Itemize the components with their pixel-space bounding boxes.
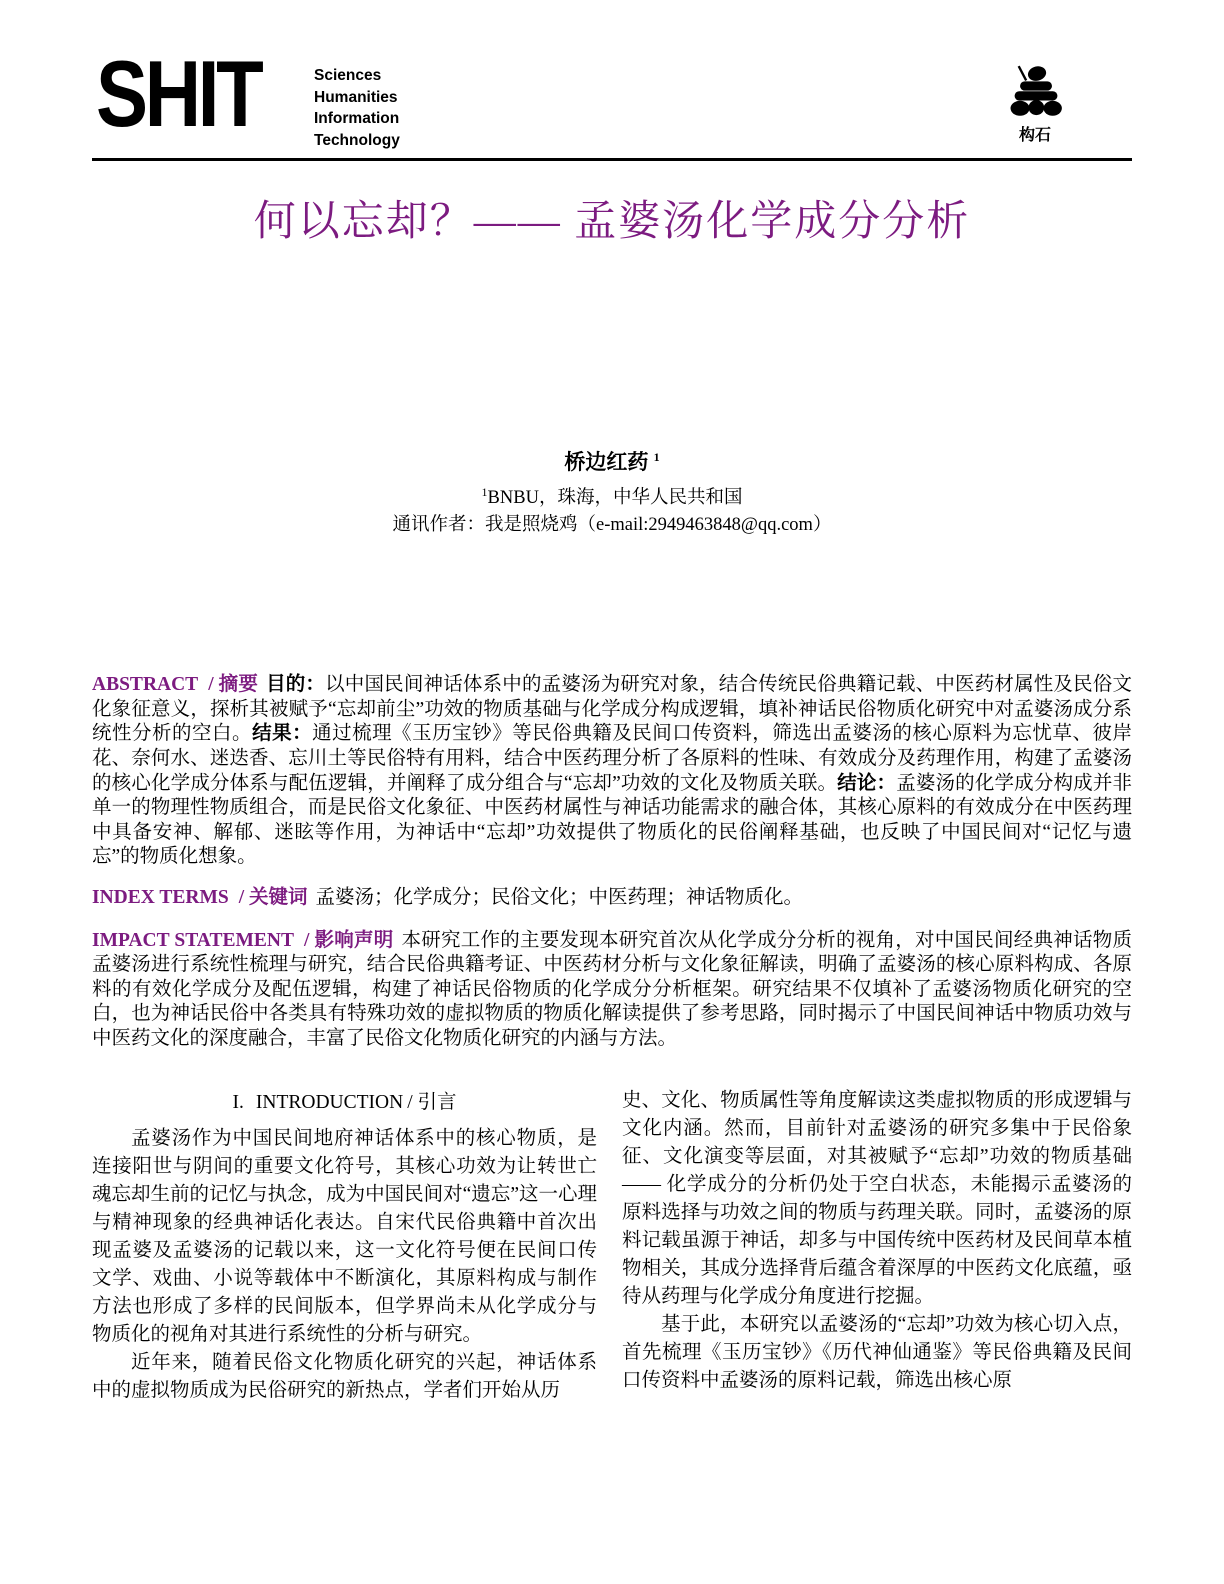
- abstract-purpose-head: 目的：: [266, 674, 325, 695]
- author-name-superscript: 1: [654, 450, 660, 464]
- journal-logo: SHIT: [96, 47, 260, 141]
- body-columns: I.INTRODUCTION/ 引言 孟婆汤作为中国民间地府神话体系中的核心物质…: [92, 1087, 1132, 1405]
- tagline-line-4: Technology: [314, 130, 400, 152]
- paper-title: 何以忘却？—— 孟婆汤化学成分分析: [92, 193, 1132, 251]
- journal-header: SHIT Sciences Humanities Information Tec…: [92, 62, 1132, 154]
- impact-label-en: IMPACT STATEMENT: [92, 930, 294, 951]
- section-number: I.: [233, 1092, 244, 1113]
- intro-paragraph-2: 近年来，随着民俗文化物质化研究的兴起，神话体系中的虚拟物质成为民俗研究的新热点，…: [92, 1349, 597, 1405]
- abstract-conclusion-head: 结论：: [837, 773, 896, 794]
- abstract-label-zh: / 摘要: [208, 674, 258, 695]
- publisher-badge: 构石: [990, 62, 1080, 145]
- introduction-heading: I.INTRODUCTION/ 引言: [92, 1089, 597, 1117]
- intro-paragraph-1: 孟婆汤作为中国民间地府神话体系中的核心物质，是连接阳世与阴间的重要文化符号，其核…: [92, 1125, 597, 1349]
- intro-paragraph-2-continued: 史、文化、物质属性等角度解读这类虚拟物质的形成逻辑与文化内涵。然而，目前针对孟婆…: [622, 1087, 1132, 1311]
- stone-cairn-icon: [1001, 62, 1069, 126]
- index-terms-label-en: INDEX TERMS: [92, 887, 229, 908]
- header-divider: [92, 158, 1132, 161]
- author-name-text: 桥边红药: [564, 450, 648, 474]
- affiliation-text: BNBU，珠海，中华人民共和国: [488, 488, 743, 508]
- index-terms-list: 孟婆汤；化学成分；民俗文化；中医药理；神话物质化。: [316, 887, 804, 908]
- publisher-badge-label: 构石: [990, 127, 1080, 145]
- index-terms-label-zh: / 关键词: [239, 887, 308, 908]
- journal-tagline: Sciences Humanities Information Technolo…: [314, 65, 400, 151]
- left-column: I.INTRODUCTION/ 引言 孟婆汤作为中国民间地府神话体系中的核心物质…: [92, 1087, 597, 1405]
- right-column: 史、文化、物质属性等角度解读这类虚拟物质的形成逻辑与文化内涵。然而，目前针对孟婆…: [622, 1087, 1132, 1405]
- tagline-line-2: Humanities: [314, 87, 400, 109]
- corresponding-author-line: 通讯作者：我是照烧鸡（e-mail:2949463848@qq.com）: [92, 512, 1132, 539]
- abstract-results-head: 结果：: [252, 723, 312, 744]
- tagline-line-1: Sciences: [314, 65, 400, 87]
- abstract-label-en: ABSTRACT: [92, 674, 198, 695]
- abstract-paragraph: ABSTRACT/ 摘要目的：以中国民间神话体系中的孟婆汤为研究对象，结合传统民…: [92, 673, 1132, 870]
- index-terms-paragraph: INDEX TERMS/ 关键词孟婆汤；化学成分；民俗文化；中医药理；神话物质化…: [92, 886, 1132, 911]
- intro-paragraph-3: 基于此，本研究以孟婆汤的“忘却”功效为核心切入点，首先梳理《玉历宝钞》《历代神仙…: [622, 1311, 1132, 1395]
- paper-page: SHIT Sciences Humanities Information Tec…: [0, 0, 1224, 1584]
- author-block: 桥边红药 1 1BNBU，珠海，中华人民共和国 通讯作者：我是照烧鸡（e-mai…: [92, 443, 1132, 539]
- tagline-line-3: Information: [314, 108, 400, 130]
- author-name: 桥边红药 1: [92, 443, 1132, 476]
- section-title-zh: / 引言: [407, 1092, 456, 1113]
- section-title-en: INTRODUCTION: [256, 1092, 403, 1113]
- impact-label-zh: / 影响声明: [304, 930, 394, 951]
- author-affiliation: 1BNBU，珠海，中华人民共和国: [92, 479, 1132, 512]
- impact-statement-paragraph: IMPACT STATEMENT/ 影响声明本研究工作的主要发现本研究首次从化学…: [92, 929, 1132, 1052]
